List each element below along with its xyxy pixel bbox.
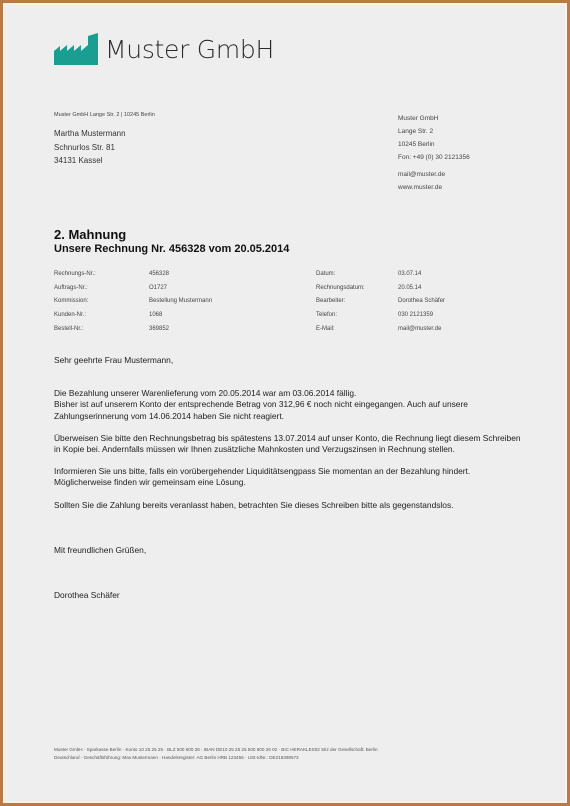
info-label: E-Mail: xyxy=(316,326,398,332)
info-label: Rechnungsdatum: xyxy=(316,285,398,291)
info-label: Kommission: xyxy=(54,298,149,304)
footer-line2: Deutschland · Geschäftsführung: Max Must… xyxy=(54,754,378,762)
company-contact-block: Muster GmbH Lange Str. 2 10245 Berlin Fo… xyxy=(398,112,470,194)
info-label: Kunden-Nr.: xyxy=(54,312,149,318)
info-value: mail@muster.de xyxy=(398,326,441,332)
info-label: Auftrags-Nr.: xyxy=(54,285,149,291)
info-row: Telefon:030 2121359 xyxy=(316,308,445,322)
letter-body: Sehr geehrte Frau Mustermann, Die Bezahl… xyxy=(54,355,524,612)
info-label: Datum: xyxy=(316,271,398,277)
company-info-city: 10245 Berlin xyxy=(398,138,470,151)
info-value: 1068 xyxy=(149,312,162,318)
company-info-name: Muster GmbH xyxy=(398,112,470,125)
info-value: O1727 xyxy=(149,285,167,291)
info-row: Rechnungsdatum:20.05.14 xyxy=(316,281,445,295)
factory-icon xyxy=(54,33,99,65)
info-value: Bestellung Mustermann xyxy=(149,298,212,304)
closing: Mit freundlichen Grüßen, xyxy=(54,545,524,556)
recipient-street: Schnurlos Str. 81 xyxy=(54,141,126,155)
info-value: 030 2121359 xyxy=(398,312,433,318)
info-value: Dorothea Schäfer xyxy=(398,298,445,304)
info-row: Rechnungs-Nr.:456328 xyxy=(54,267,212,281)
info-label: Bestell-Nr.: xyxy=(54,326,149,332)
company-name: Muster GmbH xyxy=(105,35,274,64)
info-label: Telefon: xyxy=(316,312,398,318)
info-row: Datum:03.07.14 xyxy=(316,267,445,281)
paragraph-payment-due-line2: Bisher ist auf unserem Konto der entspre… xyxy=(54,399,468,420)
info-row: Kommission:Bestellung Mustermann xyxy=(54,294,212,308)
recipient-address: Martha Mustermann Schnurlos Str. 81 3413… xyxy=(54,127,126,168)
invoice-info-left: Rechnungs-Nr.:456328 Auftrags-Nr.:O1727 … xyxy=(54,267,212,335)
recipient-city: 34131 Kassel xyxy=(54,154,126,168)
letter-subtitle: Unsere Rechnung Nr. 456328 vom 20.05.201… xyxy=(54,243,289,255)
info-row: Bearbeiter:Dorothea Schäfer xyxy=(316,294,445,308)
sender-return-address: Muster GmbH Lange Str. 2 | 10245 Berlin xyxy=(54,112,155,118)
info-label: Bearbeiter: xyxy=(316,298,398,304)
company-info-street: Lange Str. 2 xyxy=(398,125,470,138)
company-info-email: mail@muster.de xyxy=(398,168,470,181)
paragraph-transfer-request: Überweisen Sie bitte den Rechnungsbetrag… xyxy=(54,433,524,455)
company-info-phone: Fon: +49 (0) 30 2121356 xyxy=(398,151,470,164)
info-row: Bestell-Nr.:369852 xyxy=(54,322,212,336)
footer-line1: Muster GmbH · Sparkasse Berlin · Konto 1… xyxy=(54,746,378,754)
invoice-info-right: Datum:03.07.14 Rechnungsdatum:20.05.14 B… xyxy=(316,267,445,335)
letter-title: 2. Mahnung xyxy=(54,227,126,242)
info-row: E-Mail:mail@muster.de xyxy=(316,322,445,336)
greeting: Sehr geehrte Frau Mustermann, xyxy=(54,355,524,366)
paragraph-already-paid: Sollten Sie die Zahlung bereits veranlas… xyxy=(54,500,524,511)
signature: Dorothea Schäfer xyxy=(54,590,524,601)
info-value: 369852 xyxy=(149,326,169,332)
company-info-web: www.muster.de xyxy=(398,181,470,194)
info-row: Kunden-Nr.:1068 xyxy=(54,308,212,322)
letter-page: Muster GmbH Muster GmbH Lange Str. 2 | 1… xyxy=(5,5,565,801)
info-row: Auftrags-Nr.:O1727 xyxy=(54,281,212,295)
info-value: 456328 xyxy=(149,271,169,277)
paragraph-liquidity: Informieren Sie uns bitte, falls ein vor… xyxy=(54,466,524,488)
recipient-name: Martha Mustermann xyxy=(54,127,126,141)
company-logo: Muster GmbH xyxy=(54,33,274,65)
letter-footer: Muster GmbH · Sparkasse Berlin · Konto 1… xyxy=(54,746,378,762)
info-label: Rechnungs-Nr.: xyxy=(54,271,149,277)
info-value: 20.05.14 xyxy=(398,285,421,291)
page-frame: Muster GmbH Muster GmbH Lange Str. 2 | 1… xyxy=(0,0,570,806)
paragraph-payment-due-line1: Die Bezahlung unserer Warenlieferung vom… xyxy=(54,388,356,398)
info-value: 03.07.14 xyxy=(398,271,421,277)
paragraph-payment-due: Die Bezahlung unserer Warenlieferung vom… xyxy=(54,388,524,422)
